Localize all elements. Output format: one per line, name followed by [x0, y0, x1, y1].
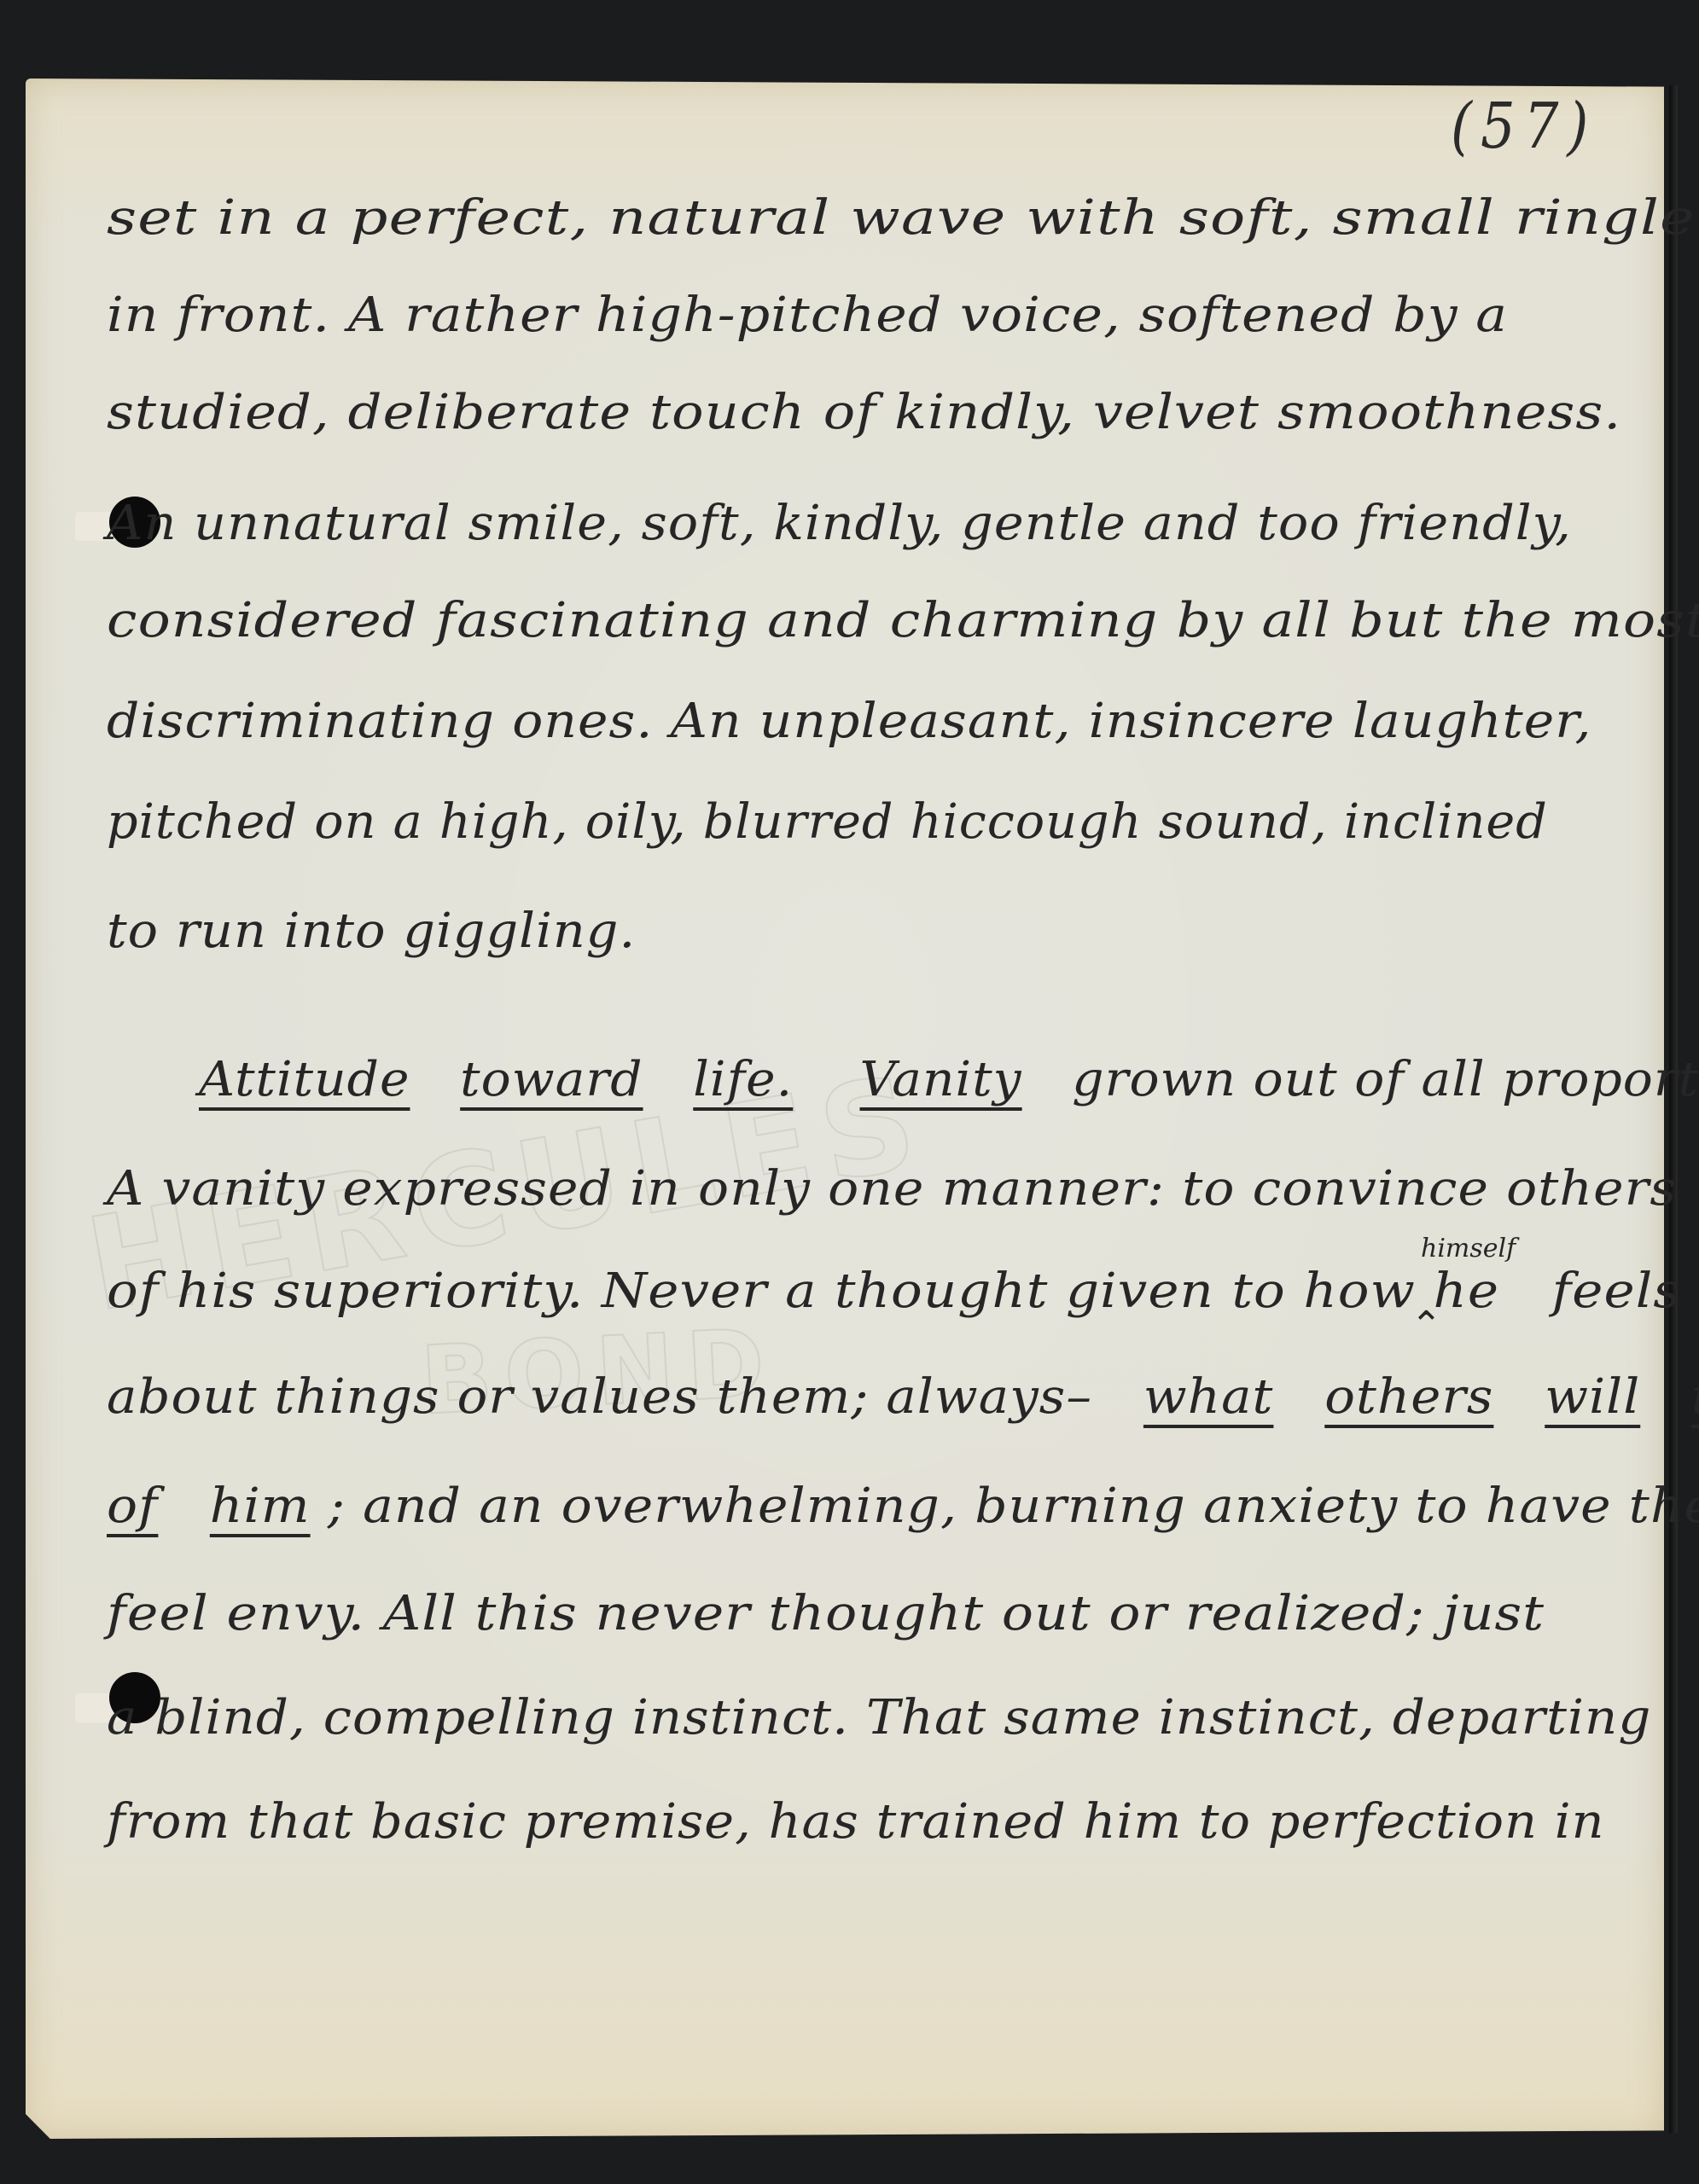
text-line-5: considered fascinating and charming by a…	[107, 597, 1699, 645]
interlinear-insertion: himself	[1421, 1234, 1516, 1263]
insertion-caret-icon: ⌃	[1411, 1304, 1442, 1347]
underlined-others: others	[1324, 1369, 1493, 1425]
text-line-11: of his superiority. Never a thought give…	[107, 1268, 1681, 1316]
heading-continuation: grown out of all proportions.	[1072, 1052, 1699, 1107]
text-line-14: feel envy. All this never thought out or…	[107, 1590, 1545, 1638]
underlined-him: him	[210, 1478, 311, 1534]
text-segment-feels: feels	[1552, 1263, 1681, 1319]
text-line-15: a blind, compelling instinct. That same …	[107, 1694, 1651, 1742]
underlined-think: think	[1691, 1369, 1699, 1425]
text-line-2: in front. A rather high-pitched voice, s…	[107, 292, 1508, 340]
section-heading-line: Attitude toward life. Vanity grown out o…	[199, 1056, 1699, 1104]
underlined-of: of	[107, 1478, 158, 1534]
text-line-1: set in a perfect, natural wave with soft…	[107, 195, 1699, 242]
text-line-7: pitched on a high, oily, blurred hiccoug…	[107, 799, 1548, 846]
keyword-vanity: Vanity	[859, 1052, 1021, 1107]
text-segment: ; and an overwhelming, burning anxiety t…	[328, 1478, 1699, 1534]
heading-word-life: life.	[693, 1052, 793, 1107]
text-line-4: An unnatural smile, soft, kindly, gentle…	[107, 500, 1572, 548]
text-segment: of his superiority. Never a thought give…	[107, 1263, 1499, 1319]
text-segment: about things or values them; always–	[107, 1369, 1092, 1425]
text-line-16: from that basic premise, has trained him…	[107, 1798, 1605, 1846]
underlined-will: will	[1545, 1369, 1640, 1425]
text-line-12: about things or values them; always– wha…	[107, 1374, 1699, 1421]
text-line-8: to run into giggling.	[107, 908, 636, 955]
text-line-6: discriminating ones. An unpleasant, insi…	[107, 698, 1592, 746]
text-line-3: studied, deliberate touch of kindly, vel…	[107, 389, 1621, 437]
text-line-13: of him ; and an overwhelming, burning an…	[107, 1483, 1699, 1531]
page-number: (57)	[1451, 90, 1597, 163]
heading-word-attitude: Attitude	[199, 1052, 410, 1107]
text-line-10: A vanity expressed in only one manner: t…	[107, 1165, 1677, 1213]
heading-word-toward: toward	[460, 1052, 643, 1107]
binder-edge	[1669, 85, 1678, 2133]
underlined-what: what	[1143, 1369, 1274, 1425]
scanned-page: HERCULES BOND (57) set in a perfect, nat…	[0, 0, 1699, 2184]
